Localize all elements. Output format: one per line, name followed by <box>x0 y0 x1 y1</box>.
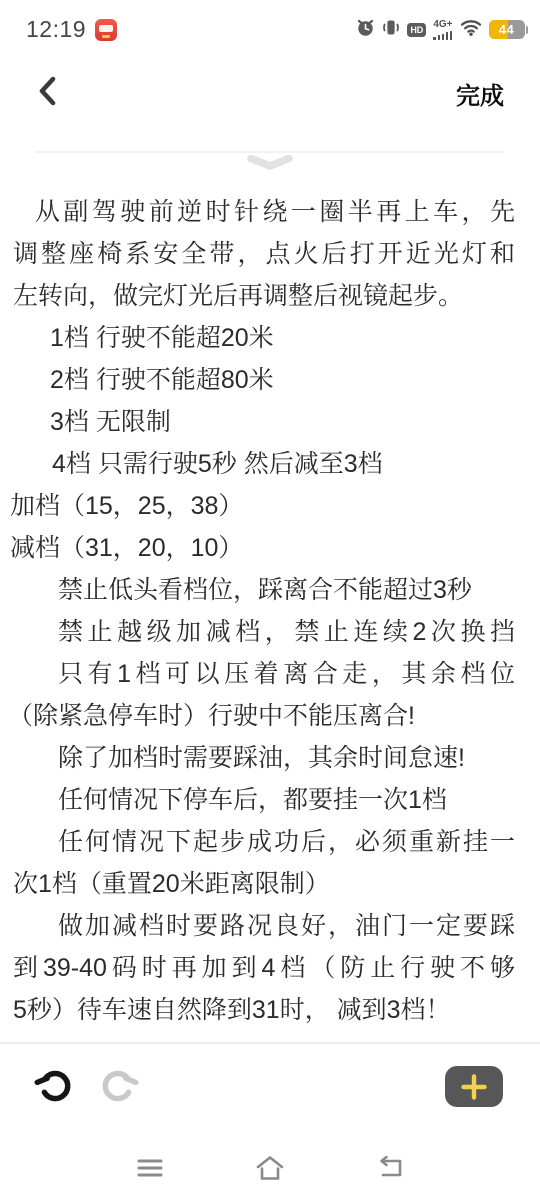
note-line[interactable]: 禁止越级加减档，禁止连续2次换挡 <box>0 611 515 653</box>
chevron-left-icon <box>36 75 60 107</box>
note-line[interactable]: 减档（31，20，10） <box>0 527 515 569</box>
return-icon <box>376 1156 404 1180</box>
note-line[interactable]: 次1档（重置20米距离限制） <box>0 863 515 905</box>
phone-screen: 12:19 HD 4G+ <box>0 0 540 1200</box>
redo-button[interactable] <box>99 1066 139 1106</box>
menu-icon <box>137 1157 163 1179</box>
redo-icon <box>99 1066 139 1106</box>
header-divider <box>36 151 504 153</box>
note-editor[interactable]: 从副驾驶前逆时针绕一圈半再上车，先 调整座椅系安全带，点火后打开近光灯和 左转向… <box>0 191 540 1031</box>
note-line[interactable]: 左转向，做完灯光后再调整后视镜起步。 <box>0 275 515 317</box>
battery-percent: 44 <box>489 20 525 39</box>
done-button[interactable]: 完成 <box>456 76 504 111</box>
vibrate-icon <box>382 18 400 42</box>
note-line[interactable]: 任何情况下起步成功后，必须重新挂一 <box>0 821 515 863</box>
home-icon <box>255 1155 285 1181</box>
top-nav-bar: 完成 <box>0 55 540 131</box>
add-button[interactable] <box>445 1066 503 1107</box>
nav-menu-button[interactable] <box>128 1148 172 1188</box>
note-line[interactable]: 1档 行驶不能超20米 <box>0 317 515 359</box>
signal-bars-icon <box>433 31 452 40</box>
wifi-icon <box>460 19 482 41</box>
note-line[interactable]: 3档 无限制 <box>0 401 515 443</box>
network-type-label: 4G+ <box>433 20 452 30</box>
notification-app-icon <box>95 19 117 41</box>
note-line[interactable]: 除了加档时需要踩油，其余时间怠速! <box>0 737 515 779</box>
chevron-down-icon <box>246 155 294 170</box>
signal-4g-icon: 4G+ <box>433 20 452 40</box>
hd-icon: HD <box>407 23 426 37</box>
nav-back-button[interactable] <box>368 1148 412 1188</box>
note-line[interactable]: 调整座椅系安全带，点火后打开近光灯和 <box>0 233 515 275</box>
battery-nub <box>526 26 529 34</box>
undo-button[interactable] <box>34 1066 74 1106</box>
undo-icon <box>34 1066 74 1106</box>
note-line[interactable]: 2档 行驶不能超80米 <box>0 359 515 401</box>
android-nav-bar <box>0 1140 540 1195</box>
plus-icon <box>457 1073 491 1101</box>
clock-time: 12:19 <box>26 16 86 43</box>
note-line[interactable]: 做加减档时要路况良好，油门一定要踩 <box>0 905 515 947</box>
toolbar-divider <box>0 1042 540 1044</box>
note-line[interactable]: 加档（15，25，38） <box>0 485 515 527</box>
status-bar: 12:19 HD 4G+ <box>0 0 540 55</box>
note-line[interactable]: 只有1档可以压着离合走，其余档位 <box>0 653 515 695</box>
battery-icon: 44 <box>489 20 525 39</box>
note-line[interactable]: 任何情况下停车后，都要挂一次1档 <box>0 779 515 821</box>
note-line[interactable]: 禁止低头看档位，踩离合不能超过3秒 <box>0 569 515 611</box>
note-line[interactable]: （除紧急停车时）行驶中不能压离合! <box>0 695 515 737</box>
note-line[interactable]: 到39-40码时再加到4档（防止行驶不够 <box>0 947 515 989</box>
note-line[interactable]: 4档 只需行驶5秒 然后减至3档 <box>0 443 515 485</box>
alarm-icon <box>356 18 375 42</box>
nav-home-button[interactable] <box>248 1148 292 1188</box>
back-button[interactable] <box>36 75 60 112</box>
note-line[interactable]: 从副驾驶前逆时针绕一圈半再上车，先 <box>0 191 515 233</box>
collapse-handle[interactable] <box>246 155 294 175</box>
note-line[interactable]: 5秒）待车速自然降到31时， 减到3档！ <box>0 989 515 1031</box>
battery-indicator: 44 <box>489 20 529 39</box>
